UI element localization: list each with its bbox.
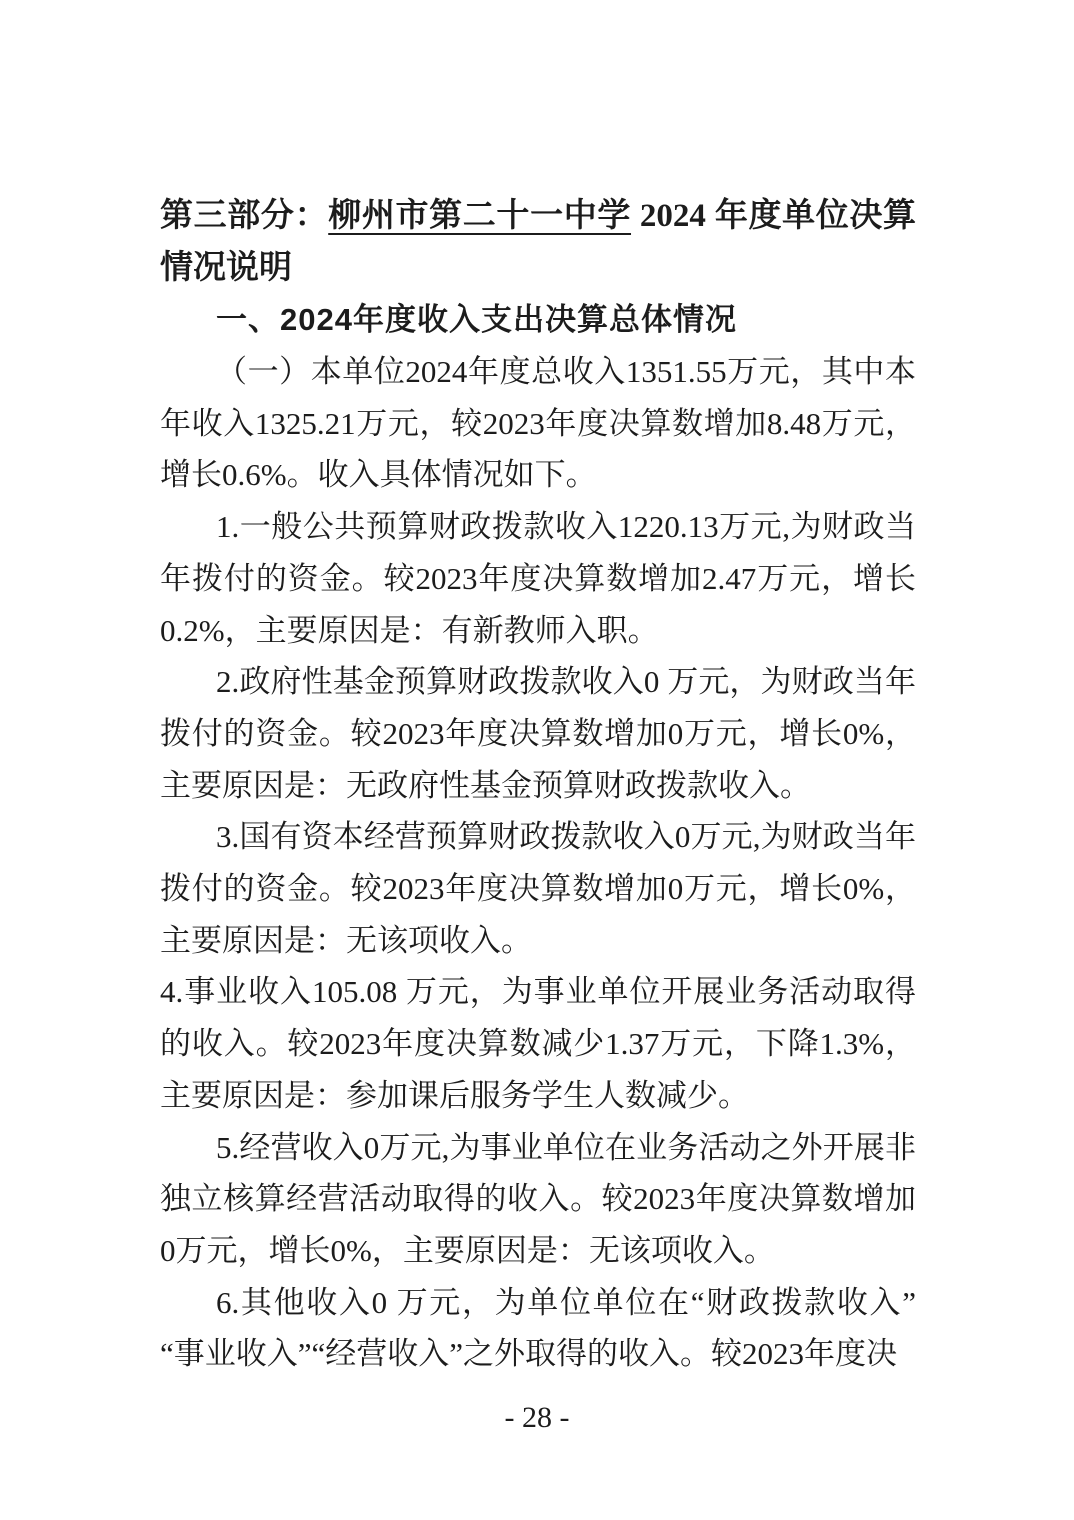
para-item6-other-income: 6.其他收入0 万元，为单位单位在“财政拨款收入”“事业收入”“经营收入”之外取… [160,1277,916,1380]
page-number: - 28 - [0,1398,1074,1438]
para-item1-general-public-budget-income: 1.一般公共预算财政拨款收入1220.13万元,为财政当年拨付的资金。较2023… [160,501,916,656]
para-item3-state-capital-income: 3.国有资本经营预算财政拨款收入0万元,为财政当年拨付的资金。较2023年度决算… [160,811,916,966]
school-name-underlined: 柳州市第二十一中学 [328,198,631,234]
document-content: 第三部分：柳州市第二十一中学 2024 年度单位决算情况说明 一、2024年度收… [160,190,916,1380]
document-page: 第三部分：柳州市第二十一中学 2024 年度单位决算情况说明 一、2024年度收… [0,0,1074,1520]
para-overview-total-income: （一）本单位2024年度总收入1351.55万元，其中本年收入1325.21万元… [160,346,916,501]
section-title: 第三部分：柳州市第二十一中学 2024 年度单位决算情况说明 [160,190,916,294]
para-item2-government-fund-income: 2.政府性基金预算财政拨款收入0 万元，为财政当年拨付的资金。较2023年度决算… [160,656,916,811]
heading-income-expense-overview: 一、2024年度收入支出决算总体情况 [160,294,916,346]
para-item5-operating-income: 5.经营收入0万元,为事业单位在业务活动之外开展非独立核算经营活动取得的收入。较… [160,1122,916,1277]
section-title-prefix: 第三部分： [160,198,328,234]
para-item4-business-income: 4.事业收入105.08 万元，为事业单位开展业务活动取得的收入。较2023年度… [160,966,916,1121]
